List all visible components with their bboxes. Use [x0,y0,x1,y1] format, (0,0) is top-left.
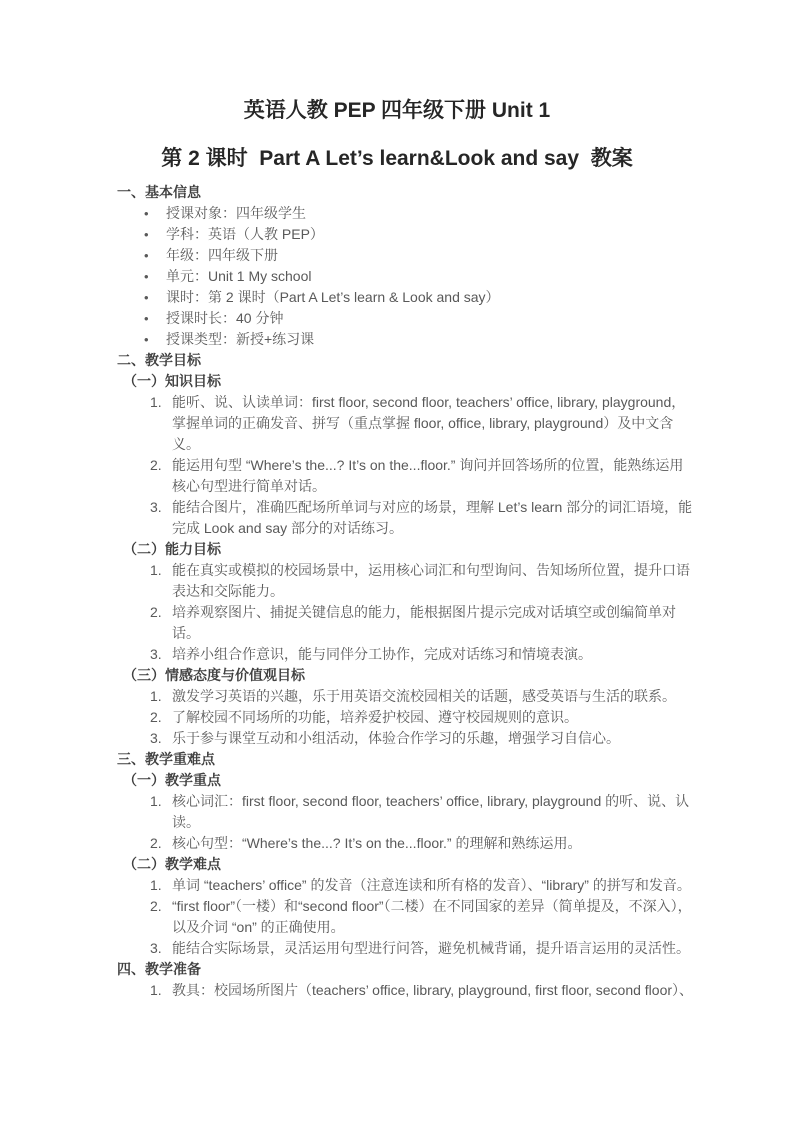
bullet-marker: • [144,308,149,329]
subsection-heading: （二）教学难点 [117,854,694,875]
number-marker: 2. [150,602,162,623]
number-marker: 3. [150,497,162,518]
bullet-text: 授课类型：新授+练习课 [166,329,694,350]
item-text: 能结合实际场景，灵活运用句型进行问答，避免机械背诵，提升语言运用的灵活性。 [172,938,694,959]
item-text: 核心句型：“Where’s the...? It’s on the...floo… [172,833,694,854]
bullet-marker: • [144,203,149,224]
bullet-text: 授课对象：四年级学生 [166,203,694,224]
numbered-item: 3.能结合实际场景，灵活运用句型进行问答，避免机械背诵，提升语言运用的灵活性。 [117,938,694,959]
bullet-item: •课时：第 2 课时（Part A Let’s learn & Look and… [117,287,694,308]
document-body: 一、基本信息•授课对象：四年级学生•学科：英语（人教 PEP）•年级：四年级下册… [117,182,694,1001]
item-text: 能在真实或模拟的校园场景中，运用核心词汇和句型询问、告知场所位置，提升口语表达和… [172,560,694,602]
bullet-item: •授课类型：新授+练习课 [117,329,694,350]
number-marker: 1. [150,791,162,812]
bullet-text: 授课时长：40 分钟 [166,308,694,329]
bullet-item: •学科：英语（人教 PEP） [117,224,694,245]
document-page: 英语人教 PEP 四年级下册 Unit 1 第 2 课时 Part A Let’… [0,0,794,1123]
numbered-item: 2.培养观察图片、捕捉关键信息的能力，能根据图片提示完成对话填空或创编简单对话。 [117,602,694,644]
bullet-marker: • [144,266,149,287]
number-marker: 3. [150,938,162,959]
number-marker: 1. [150,392,162,413]
subsection-heading: （三）情感态度与价值观目标 [117,665,694,686]
item-text: 激发学习英语的兴趣，乐于用英语交流校园相关的话题，感受英语与生活的联系。 [172,686,694,707]
bullet-item: •授课对象：四年级学生 [117,203,694,224]
number-marker: 2. [150,455,162,476]
document-title-line1: 英语人教 PEP 四年级下册 Unit 1 [100,99,694,123]
number-marker: 2. [150,833,162,854]
bullet-marker: • [144,329,149,350]
section-heading: 一、基本信息 [117,182,694,203]
bullet-marker: • [144,245,149,266]
section-heading: 三、教学重难点 [117,749,694,770]
number-marker: 1. [150,875,162,896]
item-text: “first floor”（一楼）和“second floor”（二楼）在不同国… [172,896,694,938]
subsection-heading: （一）教学重点 [117,770,694,791]
bullet-item: •授课时长：40 分钟 [117,308,694,329]
number-marker: 1. [150,686,162,707]
number-marker: 3. [150,728,162,749]
section: 三、教学重难点（一）教学重点1.核心词汇：first floor, second… [117,749,694,959]
section-heading: 四、教学准备 [117,959,694,980]
item-text: 乐于参与课堂互动和小组活动，体验合作学习的乐趣，增强学习自信心。 [172,728,694,749]
bullet-text: 年级：四年级下册 [166,245,694,266]
document-title-line2: 第 2 课时 Part A Let’s learn&Look and say 教… [100,147,694,171]
item-text: 培养小组合作意识，能与同伴分工协作，完成对话练习和情境表演。 [172,644,694,665]
number-marker: 3. [150,644,162,665]
bullet-text: 单元：Unit 1 My school [166,266,694,287]
section: 四、教学准备1.教具：校园场所图片（teachers’ office, libr… [117,959,694,1001]
number-marker: 2. [150,707,162,728]
numbered-item: 2.“first floor”（一楼）和“second floor”（二楼）在不… [117,896,694,938]
number-marker: 1. [150,560,162,581]
numbered-item: 1.单词 “teachers’ office” 的发音（注意连读和所有格的发音）… [117,875,694,896]
item-text: 能运用句型 “Where’s the...? It’s on the...flo… [172,455,694,497]
numbered-item: 1.能在真实或模拟的校园场景中，运用核心词汇和句型询问、告知场所位置，提升口语表… [117,560,694,602]
section: 二、教学目标（一）知识目标1.能听、说、认读单词：first floor, se… [117,350,694,749]
item-text: 能结合图片，准确匹配场所单词与对应的场景，理解 Let’s learn 部分的词… [172,497,694,539]
number-marker: 1. [150,980,162,1001]
subsection-heading: （二）能力目标 [117,539,694,560]
numbered-item: 1.能听、说、认读单词：first floor, second floor, t… [117,392,694,455]
item-text: 能听、说、认读单词：first floor, second floor, tea… [172,392,694,455]
numbered-item: 2.能运用句型 “Where’s the...? It’s on the...f… [117,455,694,497]
subsection-heading: （一）知识目标 [117,371,694,392]
numbered-item: 1.激发学习英语的兴趣，乐于用英语交流校园相关的话题，感受英语与生活的联系。 [117,686,694,707]
numbered-item: 2.了解校园不同场所的功能，培养爱护校园、遵守校园规则的意识。 [117,707,694,728]
section-heading: 二、教学目标 [117,350,694,371]
item-text: 核心词汇：first floor, second floor, teachers… [172,791,694,833]
item-text: 了解校园不同场所的功能，培养爱护校园、遵守校园规则的意识。 [172,707,694,728]
numbered-item: 3.培养小组合作意识，能与同伴分工协作，完成对话练习和情境表演。 [117,644,694,665]
section: 一、基本信息•授课对象：四年级学生•学科：英语（人教 PEP）•年级：四年级下册… [117,182,694,350]
bullet-item: •年级：四年级下册 [117,245,694,266]
bullet-text: 学科：英语（人教 PEP） [166,224,694,245]
bullet-text: 课时：第 2 课时（Part A Let’s learn & Look and … [166,287,694,308]
bullet-item: •单元：Unit 1 My school [117,266,694,287]
bullet-marker: • [144,224,149,245]
numbered-item: 2.核心句型：“Where’s the...? It’s on the...fl… [117,833,694,854]
item-text: 单词 “teachers’ office” 的发音（注意连读和所有格的发音）、“… [172,875,694,896]
number-marker: 2. [150,896,162,917]
item-text: 教具：校园场所图片（teachers’ office, library, pla… [172,980,694,1001]
numbered-item: 1.核心词汇：first floor, second floor, teache… [117,791,694,833]
numbered-item: 3.乐于参与课堂互动和小组活动，体验合作学习的乐趣，增强学习自信心。 [117,728,694,749]
numbered-item: 1.教具：校园场所图片（teachers’ office, library, p… [117,980,694,1001]
item-text: 培养观察图片、捕捉关键信息的能力，能根据图片提示完成对话填空或创编简单对话。 [172,602,694,644]
numbered-item: 3.能结合图片，准确匹配场所单词与对应的场景，理解 Let’s learn 部分… [117,497,694,539]
bullet-marker: • [144,287,149,308]
